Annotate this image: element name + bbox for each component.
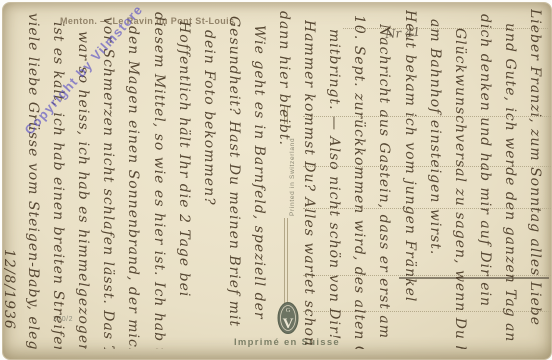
handwriting-line: viele liebe Grüsse vom Steigen-Baby, ele… — [25, 13, 41, 349]
handwriting-line: 10. Sept. zurückkommen wird, des alten G… — [351, 15, 367, 349]
postcard-scan: Menton. — Le Ravin du Pont St-Louis Nr 4… — [0, 0, 552, 360]
handwriting-line: Lieber Franzi, zum Sonntag alles Liebe — [527, 9, 543, 349]
handwriting-line: und Gute, ich werde den ganzen Tag an — [502, 23, 518, 349]
handwriting-line: diesem Mittel, so wie es hier ist. Ich h… — [151, 12, 167, 349]
postcard-back: Menton. — Le Ravin du Pont St-Louis Nr 4… — [2, 2, 552, 360]
handwriting-line: Hoffentlich hält Ihr die 2 Tage bei — [176, 21, 192, 349]
handwriting-line: mitbringt. — Also nicht schön von Dir! — [326, 29, 342, 349]
handwriting-line: 12/8/1936 — [1, 249, 17, 359]
handwriting-line: Glückwunschversal zu sagen, wenn Du hier — [452, 28, 468, 349]
handwriting-line: Nachricht aus Gastein, dass er erst am — [376, 24, 392, 349]
handwriting-line: den Magen einen Sonnenbrand, der mich — [125, 26, 141, 349]
postcard-caption: Menton. — Le Ravin du Pont St-Louis — [60, 16, 235, 26]
handwriting-line: ist es kalt, ich hab einen breiten Strei… — [50, 22, 66, 349]
handwriting-line: am Bahnhof einsteigen wirst. — [427, 19, 443, 349]
handwriting-line: Gesundheit? Hast Du meinen Brief mit — [226, 16, 242, 349]
handwriting-line: dich denken und hab mir auf Dir ein — [477, 14, 493, 349]
handwriting-line: Wie geht es in Barnfeld, speziell der — [251, 25, 267, 349]
handwriting-line: dein Foto bekommen? — [201, 30, 217, 349]
handwriting-line: vor Schmerzen nicht schlafen lässt. Das … — [100, 17, 116, 349]
handwriting-line: dann hier bleibt. — [276, 11, 292, 349]
handwriting-line: Hammer kommst Du? Alles wartet schon am … — [301, 20, 317, 349]
handwriting-line: Heut bekam ich vom jungen Fränkel — [402, 10, 418, 349]
